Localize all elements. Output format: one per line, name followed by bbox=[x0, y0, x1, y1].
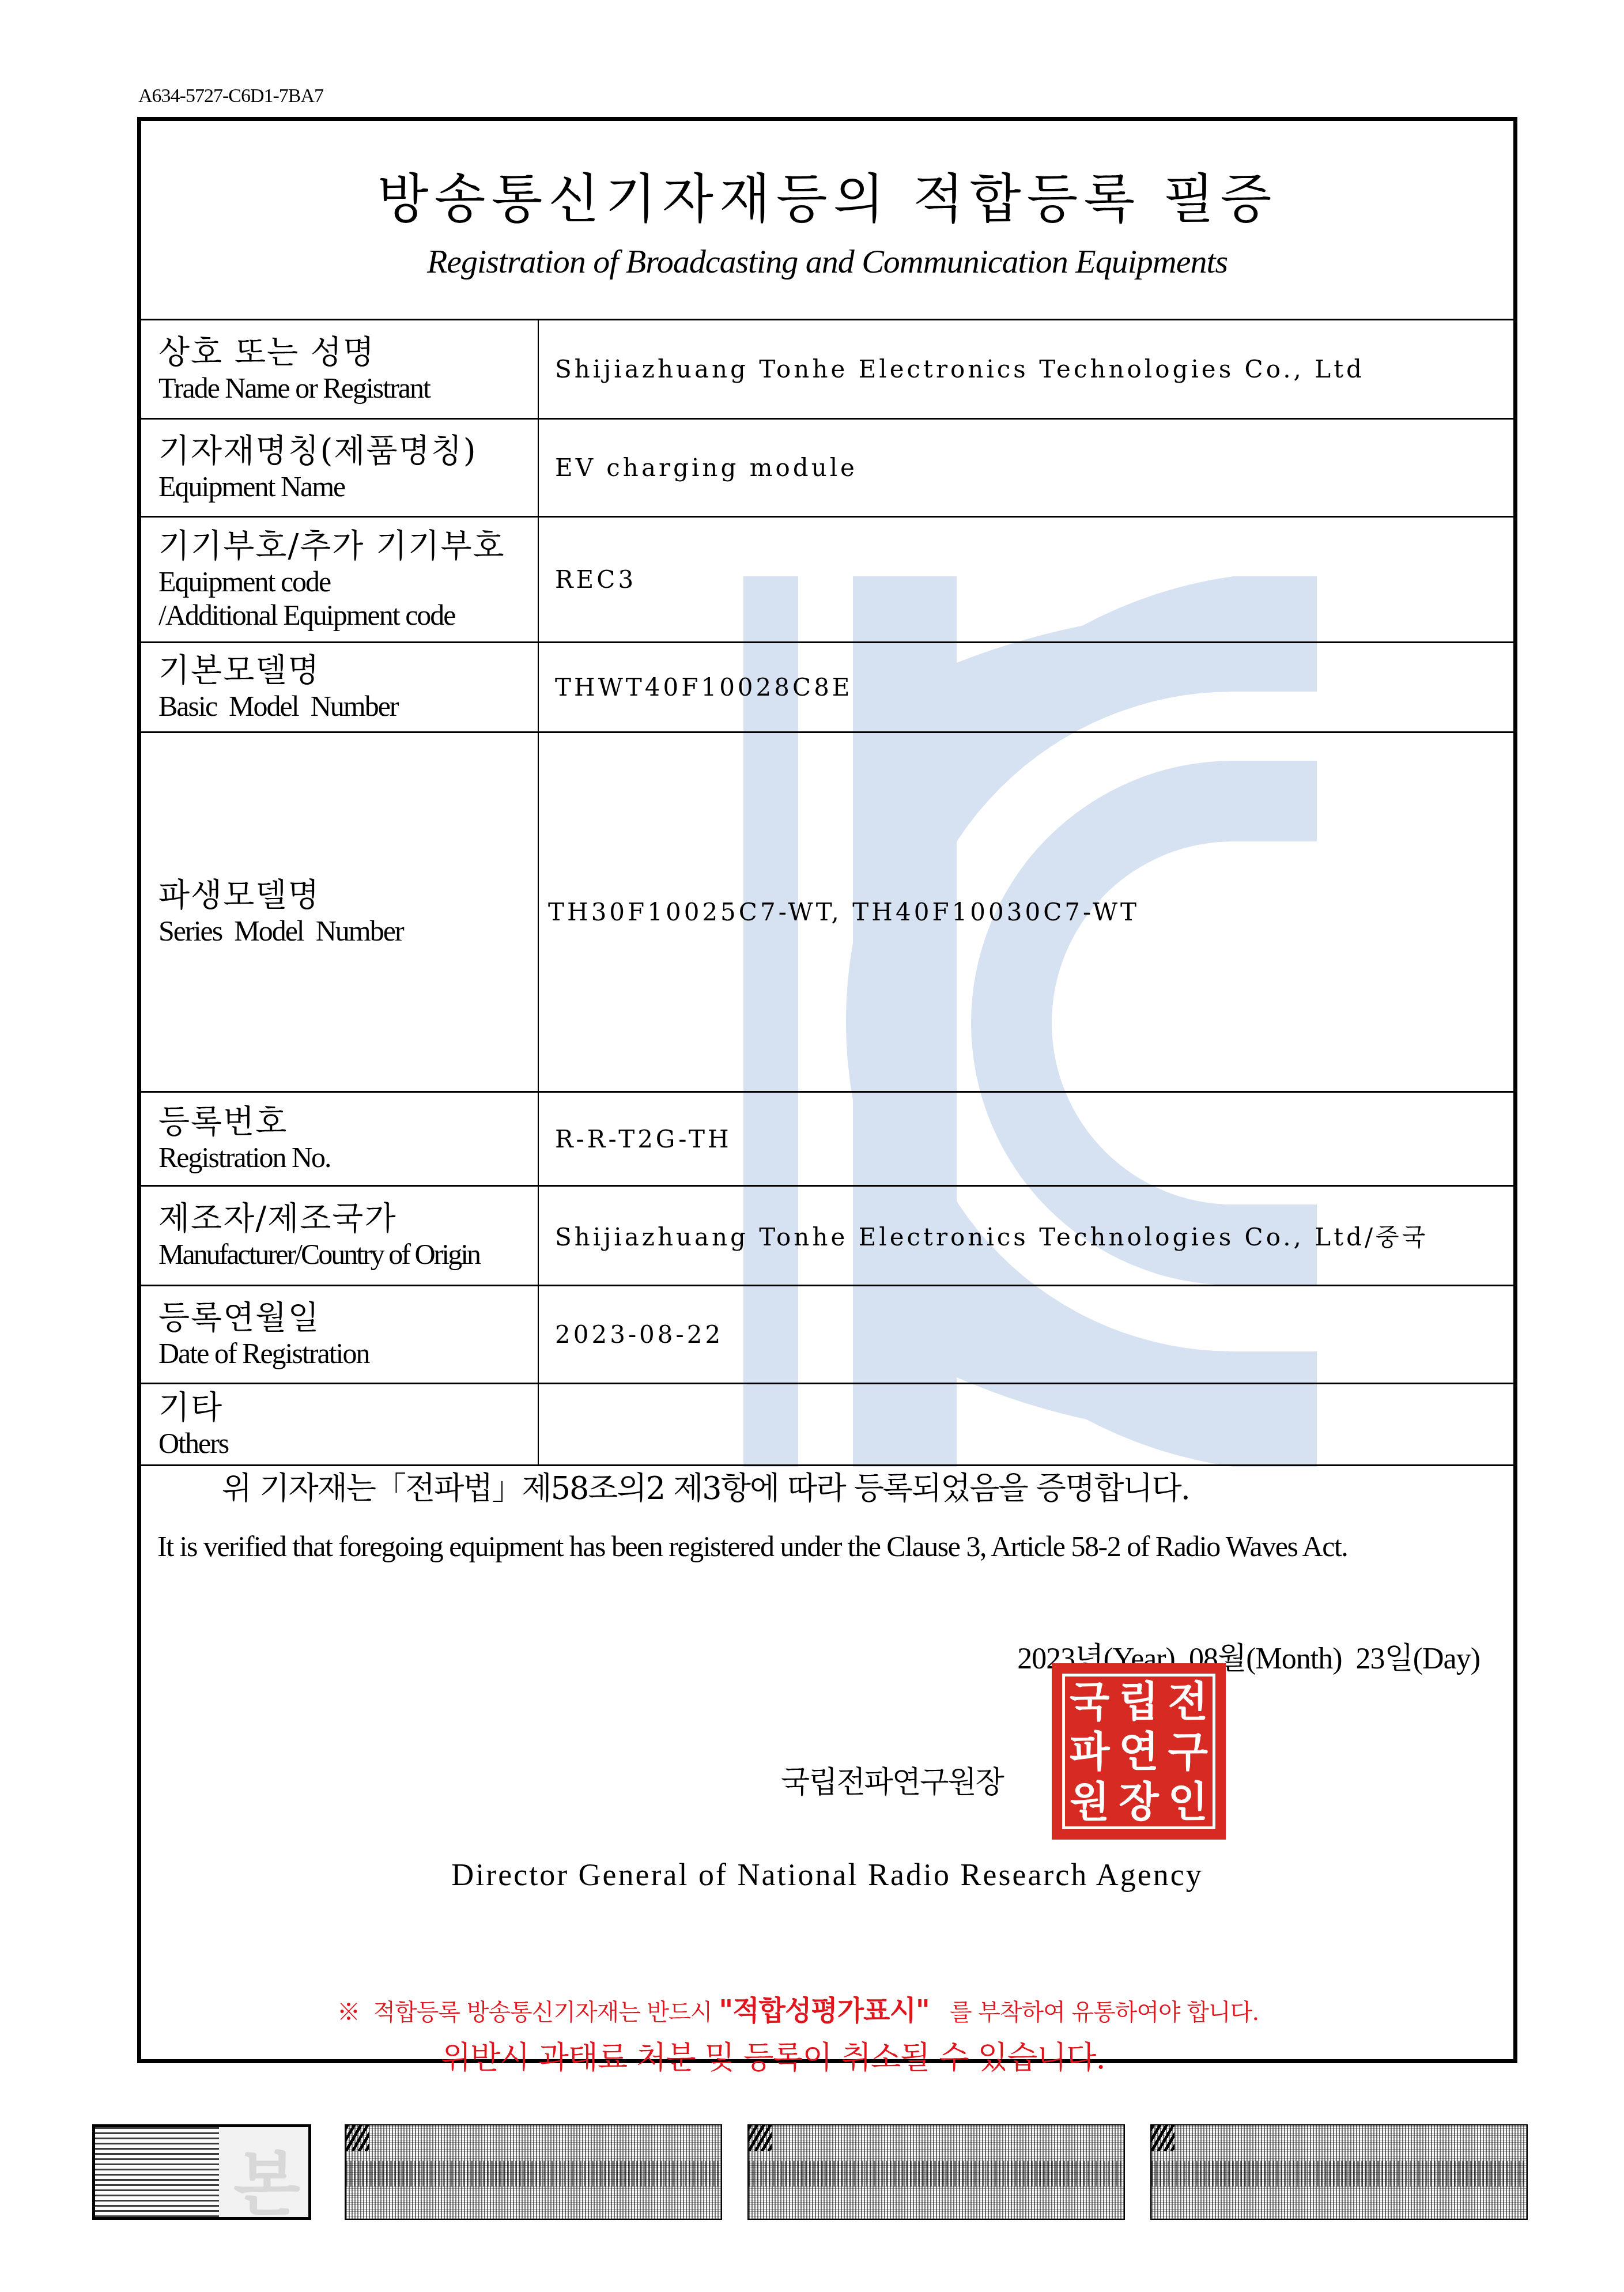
row-registration-date: 등록연월일 Date of Registration 2023-08-22 bbox=[141, 1286, 1513, 1384]
seal-char: 원 bbox=[1065, 1776, 1114, 1826]
label-ko: 제조자/제조국가 bbox=[158, 1200, 538, 1237]
security-barcode-icon bbox=[345, 2124, 722, 2220]
row-series-model: 파생모델명 Series Model Number TH30F10025C7-W… bbox=[141, 732, 1513, 1092]
label-en: Registration No. bbox=[158, 1141, 538, 1174]
original-stamp-icon: 본 bbox=[92, 2124, 311, 2220]
label-ko: 기자재명칭(제품명칭) bbox=[158, 433, 538, 470]
label-en: Equipment code bbox=[158, 565, 538, 598]
registration-table: 상호 또는 성명 Trade Name or Registrant Shijia… bbox=[141, 319, 1513, 1466]
seal-char: 립 bbox=[1114, 1676, 1163, 1727]
seal-char: 국 bbox=[1065, 1676, 1114, 1727]
official-seal-icon: 국립전파연구원장인 bbox=[1052, 1663, 1226, 1840]
label-en: Manufacturer/Country of Origin bbox=[158, 1237, 538, 1271]
title-korean: 방송통신기자재등의 적합등록 필증 bbox=[141, 157, 1513, 233]
verification-statement: 위 기자재는「전파법」제58조의2 제3항에 따라 등록되었음을 증명합니다. … bbox=[141, 1464, 1513, 1573]
value-series-model: TH30F10025C7-WT, TH40F10030C7-WT bbox=[538, 732, 1513, 1092]
issuer-title-en: Director General of National Radio Resea… bbox=[141, 1857, 1513, 1893]
seal-char: 구 bbox=[1164, 1727, 1213, 1777]
security-barcode-icon bbox=[1150, 2124, 1528, 2220]
label-ko: 기본모델명 bbox=[158, 652, 538, 689]
value-registration-no: R-R-T2G-TH bbox=[538, 1092, 1513, 1186]
security-footer: 본 bbox=[0, 2124, 1624, 2222]
notice-emphasis: "적합성평가표시" bbox=[719, 1995, 930, 2027]
notice-prefix: ※ 적합등록 방송통신기자재는 반드시 bbox=[337, 1999, 719, 2026]
label-en-2: /Additional Equipment code bbox=[158, 598, 538, 632]
label-en: Trade Name or Registrant bbox=[158, 371, 538, 405]
notice-suffix: 를 부착하여 유통하여야 합니다. bbox=[930, 1999, 1259, 2026]
verification-ko: 위 기자재는「전파법」제58조의2 제3항에 따라 등록되었음을 증명합니다. bbox=[141, 1464, 1513, 1508]
row-equipment-name: 기자재명칭(제품명칭) Equipment Name EV charging m… bbox=[141, 419, 1513, 517]
seal-characters: 국립전파연구원장인 bbox=[1062, 1674, 1215, 1829]
value-others bbox=[538, 1384, 1513, 1466]
verification-en: It is verified that foregoing equipment … bbox=[141, 1520, 1513, 1573]
notice-line-2: 위반시 과태료 처분 및 등록이 취소될 수 있습니다. bbox=[441, 2033, 1105, 2078]
issuer-title-ko: 국립전파연구원장 bbox=[781, 1758, 1003, 1801]
certificate-frame: 방송통신기자재등의 적합등록 필증 Registration of Broadc… bbox=[137, 117, 1517, 2063]
value-equipment-code: REC3 bbox=[538, 517, 1513, 643]
seal-char: 인 bbox=[1164, 1776, 1213, 1826]
label-en: Basic Model Number bbox=[158, 689, 538, 723]
value-trade-name: Shijiazhuang Tonhe Electronics Technolog… bbox=[538, 320, 1513, 419]
seal-char: 전 bbox=[1164, 1676, 1213, 1727]
title-english: Registration of Broadcasting and Communi… bbox=[141, 242, 1513, 281]
row-manufacturer: 제조자/제조국가 Manufacturer/Country of Origin … bbox=[141, 1186, 1513, 1286]
row-others: 기타 Others bbox=[141, 1384, 1513, 1466]
original-stamp-text: 본 bbox=[233, 2129, 300, 2220]
value-basic-model: THWT40F10028C8E bbox=[538, 643, 1513, 732]
label-en: Date of Registration bbox=[158, 1336, 538, 1370]
value-registration-date: 2023-08-22 bbox=[538, 1286, 1513, 1384]
value-manufacturer: Shijiazhuang Tonhe Electronics Technolog… bbox=[538, 1186, 1513, 1286]
row-registration-no: 등록번호 Registration No. R-R-T2G-TH bbox=[141, 1092, 1513, 1186]
notice-line-1: ※ 적합등록 방송통신기자재는 반드시 "적합성평가표시" 를 부착하여 유통하… bbox=[337, 1988, 1259, 2028]
label-ko: 파생모델명 bbox=[158, 877, 538, 914]
seal-char: 장 bbox=[1114, 1776, 1163, 1826]
document-id: A634-5727-C6D1-7BA7 bbox=[138, 85, 323, 107]
row-equipment-code: 기기부호/추가 기기부호 Equipment code /Additional … bbox=[141, 517, 1513, 643]
security-barcode-icon bbox=[747, 2124, 1125, 2220]
seal-char: 연 bbox=[1114, 1727, 1163, 1777]
label-ko: 상호 또는 성명 bbox=[158, 334, 538, 371]
label-ko: 등록번호 bbox=[158, 1104, 538, 1141]
value-equipment-name: EV charging module bbox=[538, 419, 1513, 517]
label-en: Others bbox=[158, 1426, 538, 1460]
label-ko: 등록연월일 bbox=[158, 1300, 538, 1336]
label-ko: 기기부호/추가 기기부호 bbox=[158, 528, 538, 565]
seal-char: 파 bbox=[1065, 1727, 1114, 1777]
label-ko: 기타 bbox=[158, 1389, 538, 1426]
row-trade-name: 상호 또는 성명 Trade Name or Registrant Shijia… bbox=[141, 320, 1513, 419]
label-en: Series Model Number bbox=[158, 914, 538, 947]
label-en: Equipment Name bbox=[158, 470, 538, 503]
row-basic-model: 기본모델명 Basic Model Number THWT40F10028C8E bbox=[141, 643, 1513, 732]
